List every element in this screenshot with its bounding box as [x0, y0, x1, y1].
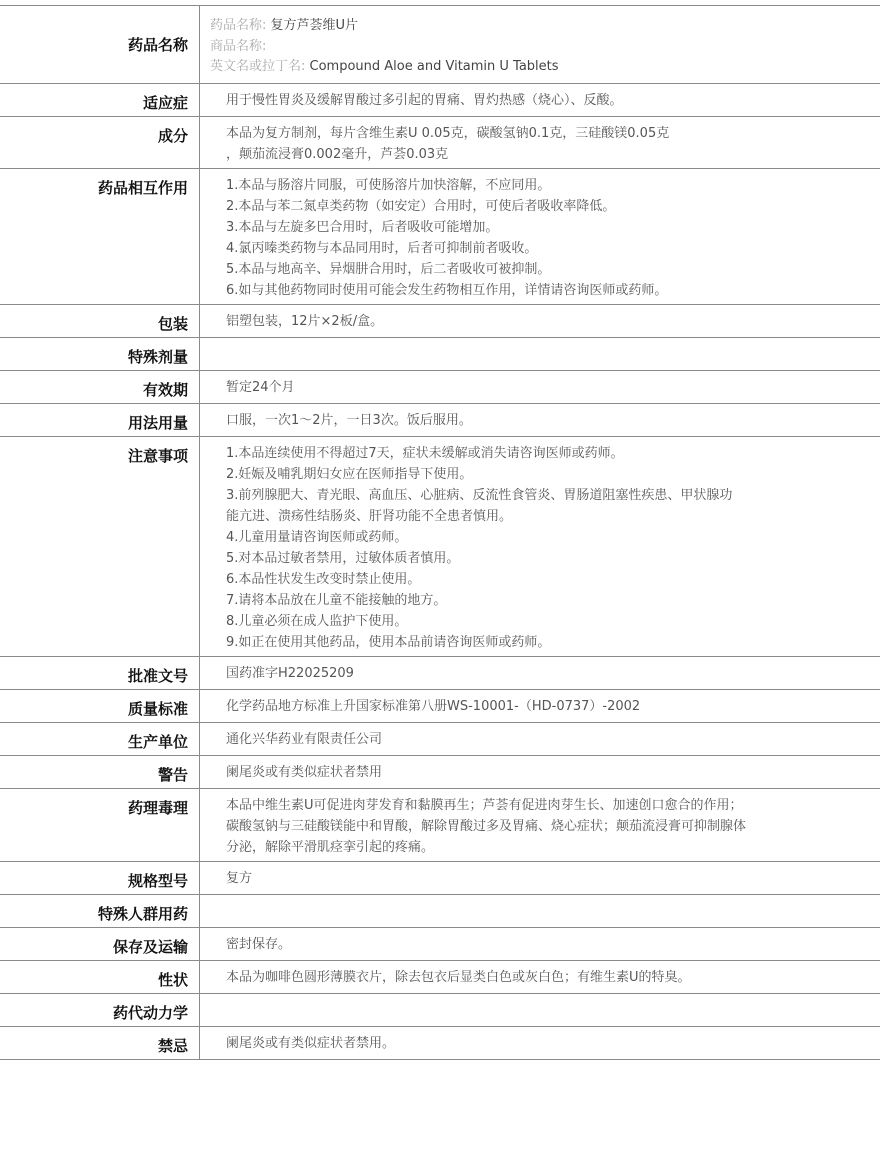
drug-spec-table: 药品名称 药品名称: 复方芦荟维U片 商品名称: 英文名或拉丁名: Compou…	[0, 5, 880, 1060]
row-label: 批准文号	[0, 657, 200, 689]
row-label: 适应症	[0, 84, 200, 116]
value-line: 本品为复方制剂，每片含维生素U 0.05克，碳酸氢钠0.1克，三硅酸镁0.05克	[226, 123, 880, 144]
row-value: 本品为复方制剂，每片含维生素U 0.05克，碳酸氢钠0.1克，三硅酸镁0.05克…	[200, 117, 880, 168]
spec-row: 药品相互作用1.本品与肠溶片同服，可使肠溶片加快溶解，不应同用。2.本品与苯二氮…	[0, 169, 880, 305]
row-drug-name: 药品名称 药品名称: 复方芦荟维U片 商品名称: 英文名或拉丁名: Compou…	[0, 6, 880, 84]
row-label: 性状	[0, 961, 200, 993]
value-line: 口服，一次1～2片，一日3次。饭后服用。	[226, 410, 880, 431]
spec-row: 警告阑尾炎或有类似症状者禁用	[0, 756, 880, 789]
english-name-value: Compound Aloe and Vitamin U Tablets	[310, 59, 559, 74]
row-label: 用法用量	[0, 404, 200, 436]
value-line: 7.请将本品放在儿童不能接触的地方。	[226, 590, 880, 611]
value-line: 暂定24个月	[226, 377, 880, 398]
value-line: 通化兴华药业有限责任公司	[226, 729, 880, 750]
generic-name-line: 药品名称: 复方芦荟维U片	[210, 16, 880, 37]
value-line: 5.对本品过敏者禁用，过敏体质者慎用。	[226, 548, 880, 569]
value-line: 化学药品地方标准上升国家标准第八册WS-10001-（HD-0737）-2002	[226, 696, 880, 717]
spec-row: 禁忌阑尾炎或有类似症状者禁用。	[0, 1027, 880, 1060]
row-label: 生产单位	[0, 723, 200, 755]
row-value: 阑尾炎或有类似症状者禁用	[200, 756, 880, 788]
generic-name-value: 复方芦荟维U片	[271, 18, 359, 33]
value-line: 用于慢性胃炎及缓解胃酸过多引起的胃痛、胃灼热感（烧心）、反酸。	[226, 90, 880, 111]
row-label: 成分	[0, 117, 200, 168]
row-label: 保存及运输	[0, 928, 200, 960]
row-value: 密封保存。	[200, 928, 880, 960]
row-value: 口服，一次1～2片，一日3次。饭后服用。	[200, 404, 880, 436]
spec-row: 特殊剂量	[0, 338, 880, 371]
english-name-label: 英文名或拉丁名:	[210, 59, 305, 74]
row-value: 复方	[200, 862, 880, 894]
spec-row: 用法用量口服，一次1～2片，一日3次。饭后服用。	[0, 404, 880, 437]
spec-rows: 适应症用于慢性胃炎及缓解胃酸过多引起的胃痛、胃灼热感（烧心）、反酸。成分本品为复…	[0, 84, 880, 1060]
row-value: 用于慢性胃炎及缓解胃酸过多引起的胃痛、胃灼热感（烧心）、反酸。	[200, 84, 880, 116]
spec-row: 药理毒理本品中维生素U可促进肉芽发育和黏膜再生；芦荟有促进肉芽生长、加速创口愈合…	[0, 789, 880, 862]
row-label: 药品相互作用	[0, 169, 200, 304]
row-label: 特殊人群用药	[0, 895, 200, 927]
row-value: 阑尾炎或有类似症状者禁用。	[200, 1027, 880, 1059]
row-value: 国药准字H22025209	[200, 657, 880, 689]
spec-row: 规格型号复方	[0, 862, 880, 895]
row-value	[200, 895, 880, 927]
row-label: 包装	[0, 305, 200, 337]
value-line: 密封保存。	[226, 934, 880, 955]
row-value: 本品中维生素U可促进肉芽发育和黏膜再生；芦荟有促进肉芽生长、加速创口愈合的作用；…	[200, 789, 880, 861]
row-value: 1.本品与肠溶片同服，可使肠溶片加快溶解，不应同用。2.本品与苯二氮卓类药物（如…	[200, 169, 880, 304]
value-line: 3.前列腺肥大、青光眼、高血压、心脏病、反流性食管炎、胃肠道阻塞性疾患、甲状腺功	[226, 485, 880, 506]
spec-row: 质量标准化学药品地方标准上升国家标准第八册WS-10001-（HD-0737）-…	[0, 690, 880, 723]
row-label: 特殊剂量	[0, 338, 200, 370]
value-line: 国药准字H22025209	[226, 663, 880, 684]
value-line: 9.如正在使用其他药品，使用本品前请咨询医师或药师。	[226, 632, 880, 653]
row-label: 质量标准	[0, 690, 200, 722]
value-line: 6.如与其他药物同时使用可能会发生药物相互作用，详情请咨询医师或药师。	[226, 280, 880, 301]
english-name-line: 英文名或拉丁名: Compound Aloe and Vitamin U Tab…	[210, 57, 880, 78]
value-line: 2.本品与苯二氮卓类药物（如安定）合用时，可使后者吸收率降低。	[226, 196, 880, 217]
spec-row: 保存及运输密封保存。	[0, 928, 880, 961]
row-value: 铝塑包装，12片×2板/盒。	[200, 305, 880, 337]
row-value: 化学药品地方标准上升国家标准第八册WS-10001-（HD-0737）-2002	[200, 690, 880, 722]
row-label: 有效期	[0, 371, 200, 403]
row-value: 通化兴华药业有限责任公司	[200, 723, 880, 755]
row-label: 警告	[0, 756, 200, 788]
value-line: 5.本品与地高辛、异烟肼合用时，后二者吸收可被抑制。	[226, 259, 880, 280]
spec-row: 包装铝塑包装，12片×2板/盒。	[0, 305, 880, 338]
value-line: 能亢进、溃疡性结肠炎、肝肾功能不全患者慎用。	[226, 506, 880, 527]
value-line: 本品为咖啡色圆形薄膜衣片，除去包衣后显类白色或灰白色；有维生素U的特臭。	[226, 967, 880, 988]
trade-name-line: 商品名称:	[210, 37, 880, 58]
value-line: 复方	[226, 868, 880, 889]
row-value: 药品名称: 复方芦荟维U片 商品名称: 英文名或拉丁名: Compound Al…	[200, 6, 880, 83]
value-line: 4.氯丙嗪类药物与本品同用时，后者可抑制前者吸收。	[226, 238, 880, 259]
value-line: ，颠茄流浸膏0.002毫升，芦荟0.03克	[226, 144, 880, 165]
value-line: 本品中维生素U可促进肉芽发育和黏膜再生；芦荟有促进肉芽生长、加速创口愈合的作用；	[226, 795, 880, 816]
spec-row: 批准文号国药准字H22025209	[0, 657, 880, 690]
trade-name-label: 商品名称:	[210, 39, 266, 54]
spec-row: 药代动力学	[0, 994, 880, 1027]
spec-row: 注意事项1.本品连续使用不得超过7天，症状未缓解或消失请咨询医师或药师。2.妊娠…	[0, 437, 880, 657]
value-line: 阑尾炎或有类似症状者禁用	[226, 762, 880, 783]
value-line: 铝塑包装，12片×2板/盒。	[226, 311, 880, 332]
row-label: 禁忌	[0, 1027, 200, 1059]
value-line: 阑尾炎或有类似症状者禁用。	[226, 1033, 880, 1054]
value-line: 1.本品与肠溶片同服，可使肠溶片加快溶解，不应同用。	[226, 175, 880, 196]
row-value	[200, 994, 880, 1026]
spec-row: 适应症用于慢性胃炎及缓解胃酸过多引起的胃痛、胃灼热感（烧心）、反酸。	[0, 84, 880, 117]
value-line: 1.本品连续使用不得超过7天，症状未缓解或消失请咨询医师或药师。	[226, 443, 880, 464]
value-line: 2.妊娠及哺乳期妇女应在医师指导下使用。	[226, 464, 880, 485]
row-value	[200, 338, 880, 370]
row-value: 本品为咖啡色圆形薄膜衣片，除去包衣后显类白色或灰白色；有维生素U的特臭。	[200, 961, 880, 993]
row-label: 药品名称	[0, 6, 200, 83]
row-value: 1.本品连续使用不得超过7天，症状未缓解或消失请咨询医师或药师。2.妊娠及哺乳期…	[200, 437, 880, 656]
spec-row: 生产单位通化兴华药业有限责任公司	[0, 723, 880, 756]
spec-row: 成分本品为复方制剂，每片含维生素U 0.05克，碳酸氢钠0.1克，三硅酸镁0.0…	[0, 117, 880, 169]
row-label: 药理毒理	[0, 789, 200, 861]
row-label: 规格型号	[0, 862, 200, 894]
row-value: 暂定24个月	[200, 371, 880, 403]
value-line: 4.儿童用量请咨询医师或药师。	[226, 527, 880, 548]
row-label: 注意事项	[0, 437, 200, 656]
spec-row: 性状本品为咖啡色圆形薄膜衣片，除去包衣后显类白色或灰白色；有维生素U的特臭。	[0, 961, 880, 994]
row-label: 药代动力学	[0, 994, 200, 1026]
spec-row: 有效期暂定24个月	[0, 371, 880, 404]
generic-name-label: 药品名称:	[210, 18, 266, 33]
spec-row: 特殊人群用药	[0, 895, 880, 928]
value-line: 分泌，解除平滑肌痉挛引起的疼痛。	[226, 837, 880, 858]
value-line: 3.本品与左旋多巴合用时，后者吸收可能增加。	[226, 217, 880, 238]
value-line: 碳酸氢钠与三硅酸镁能中和胃酸，解除胃酸过多及胃痛、烧心症状；颠茄流浸膏可抑制腺体	[226, 816, 880, 837]
value-line: 6.本品性状发生改变时禁止使用。	[226, 569, 880, 590]
value-line: 8.儿童必须在成人监护下使用。	[226, 611, 880, 632]
